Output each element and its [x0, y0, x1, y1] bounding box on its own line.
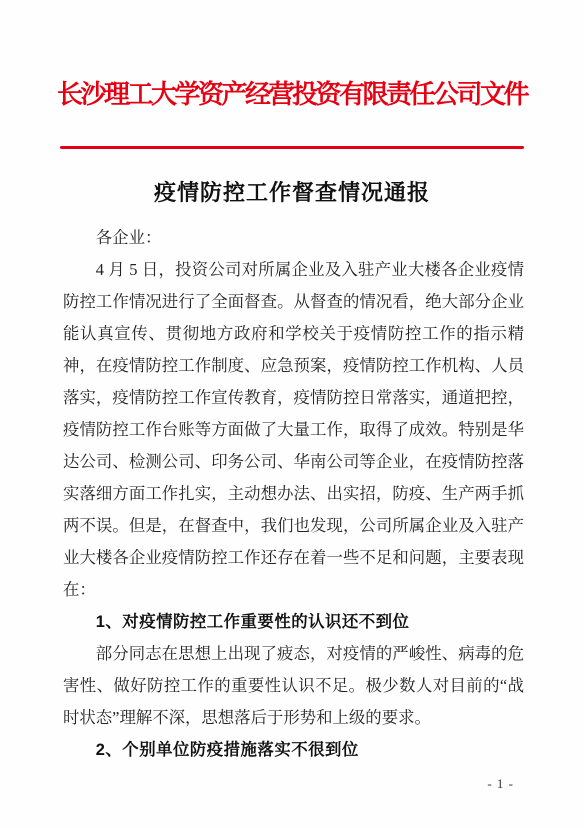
paragraph-overview: 4 月 5 日，投资公司对所属企业及入驻产业大楼各企业疫情防控工作情况进行了全面… — [63, 254, 524, 606]
document-title: 疫情防控工作督查情况通报 — [0, 176, 584, 207]
salutation: 各企业： — [63, 222, 524, 254]
paragraph-issue-1: 部分同志在思想上出现了疲态，对疫情的严峻性、病毒的危害性、做好防控工作的重要性认… — [63, 638, 524, 734]
red-separator-line — [60, 146, 524, 149]
document-page: 长沙理工大学资产经营投资有限责任公司文件 疫情防控工作督查情况通报 各企业： 4… — [0, 0, 584, 828]
document-body: 各企业： 4 月 5 日，投资公司对所属企业及入驻产业大楼各企业疫情防控工作情况… — [63, 222, 524, 766]
section-heading-1: 1、对疫情防控工作重要性的认识还不到位 — [63, 606, 524, 638]
org-header-title: 长沙理工大学资产经营投资有限责任公司文件 — [30, 74, 554, 111]
page-number: - 1 - — [487, 776, 514, 792]
section-heading-2: 2、个别单位防疫措施落实不很到位 — [63, 734, 524, 766]
